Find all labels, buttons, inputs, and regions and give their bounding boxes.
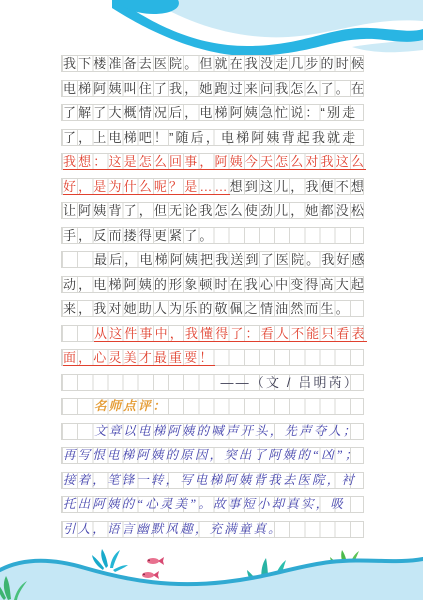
teacher-comment-line: 文章以电梯阿姨的喊声开头，先声夺人；: [61, 423, 364, 440]
water-wave-shape: [0, 559, 423, 600]
essay-line: 了，上电梯吧！”随后，电梯阿姨背起我就走: [61, 129, 364, 146]
teacher-comment-label: 名师点评：: [61, 398, 364, 415]
teacher-comment-line: 引人，语言幽默风趣，充满童真。: [61, 521, 364, 538]
essay-line: 动，电梯阿姨的形象顿时在我心中变得高大起: [61, 276, 364, 293]
essay-line-highlighted: 我想：这是怎么回事，阿姨今天怎么对我这么: [61, 153, 364, 170]
red-underlined-text: 我想：这是怎么回事，阿姨今天怎么对我这么: [63, 154, 366, 170]
seaweed-icon: [247, 558, 286, 600]
teacher-comment-line: 再写恨电梯阿姨的原因，突出了阿姨的“凶”；: [61, 447, 364, 464]
essay-line: 了解了大概情况后，电梯阿姨急忙说：“别走: [61, 104, 364, 121]
top-wave-decoration: [0, 0, 423, 58]
essay-text: 想到这儿，我便不想: [230, 179, 366, 194]
essay-line: 最后，电梯阿姨把我送到了医院。我好感: [61, 251, 364, 268]
teacher-comment-line: 接着，笔锋一转，写电梯阿姨背我去医院，衬: [61, 472, 364, 489]
wave-cyan-stripe: [112, 0, 423, 56]
essay-line: 让阿姨背了，但无论我怎么使劲儿，她都没松: [61, 202, 364, 219]
fish-icon: [147, 557, 164, 565]
water-wave-outline: [0, 559, 423, 584]
wave-lightblue-shape: [150, 0, 423, 37]
byline: ——（文 / 吕明芮）: [61, 374, 364, 391]
essay-line-highlighted: 从这件事中，我懂得了：看人不能只看表: [61, 325, 364, 342]
essay-line: 来，我对她助人为乐的敬佩之情油然而生。: [61, 300, 364, 317]
essay-line: 手，反而搂得更紧了。: [61, 227, 364, 244]
seaweed-icon: [0, 576, 27, 600]
plant-icon: [330, 550, 367, 573]
composition-grid: 我下楼准备去医院。但就在我没走几步的时候 电梯阿姨叫住了我，她跑过来问我怎么了。…: [61, 55, 364, 545]
seaweed-icon: [92, 549, 128, 572]
essay-line: 电梯阿姨叫住了我，她跑过来问我怎么了。在: [61, 80, 364, 97]
red-underlined-text: 从这件事中，我懂得了：看人不能只看表: [94, 326, 367, 342]
red-underlined-text: 好，是为什么呢？是……: [63, 179, 230, 195]
essay-line: 我下楼准备去医院。但就在我没走几步的时候: [61, 55, 364, 72]
wave-lightblue-lower-shape: [352, 34, 423, 52]
essay-line-highlighted: 面，心灵美才最重要！: [61, 349, 364, 366]
teacher-comment-line: 托出阿姨的“心灵美”。故事短小却真实，吸: [61, 496, 364, 513]
bottom-water-decoration: [0, 548, 423, 600]
fish-icon: [142, 571, 159, 579]
wave-cyan-blob: [115, 0, 179, 14]
red-underlined-text: 面，心灵美才最重要！: [63, 350, 215, 366]
essay-line-mixed: 好，是为什么呢？是……想到这儿，我便不想: [61, 178, 364, 195]
essay-page: 我下楼准备去医院。但就在我没走几步的时候 电梯阿姨叫住了我，她跑过来问我怎么了。…: [0, 0, 423, 600]
